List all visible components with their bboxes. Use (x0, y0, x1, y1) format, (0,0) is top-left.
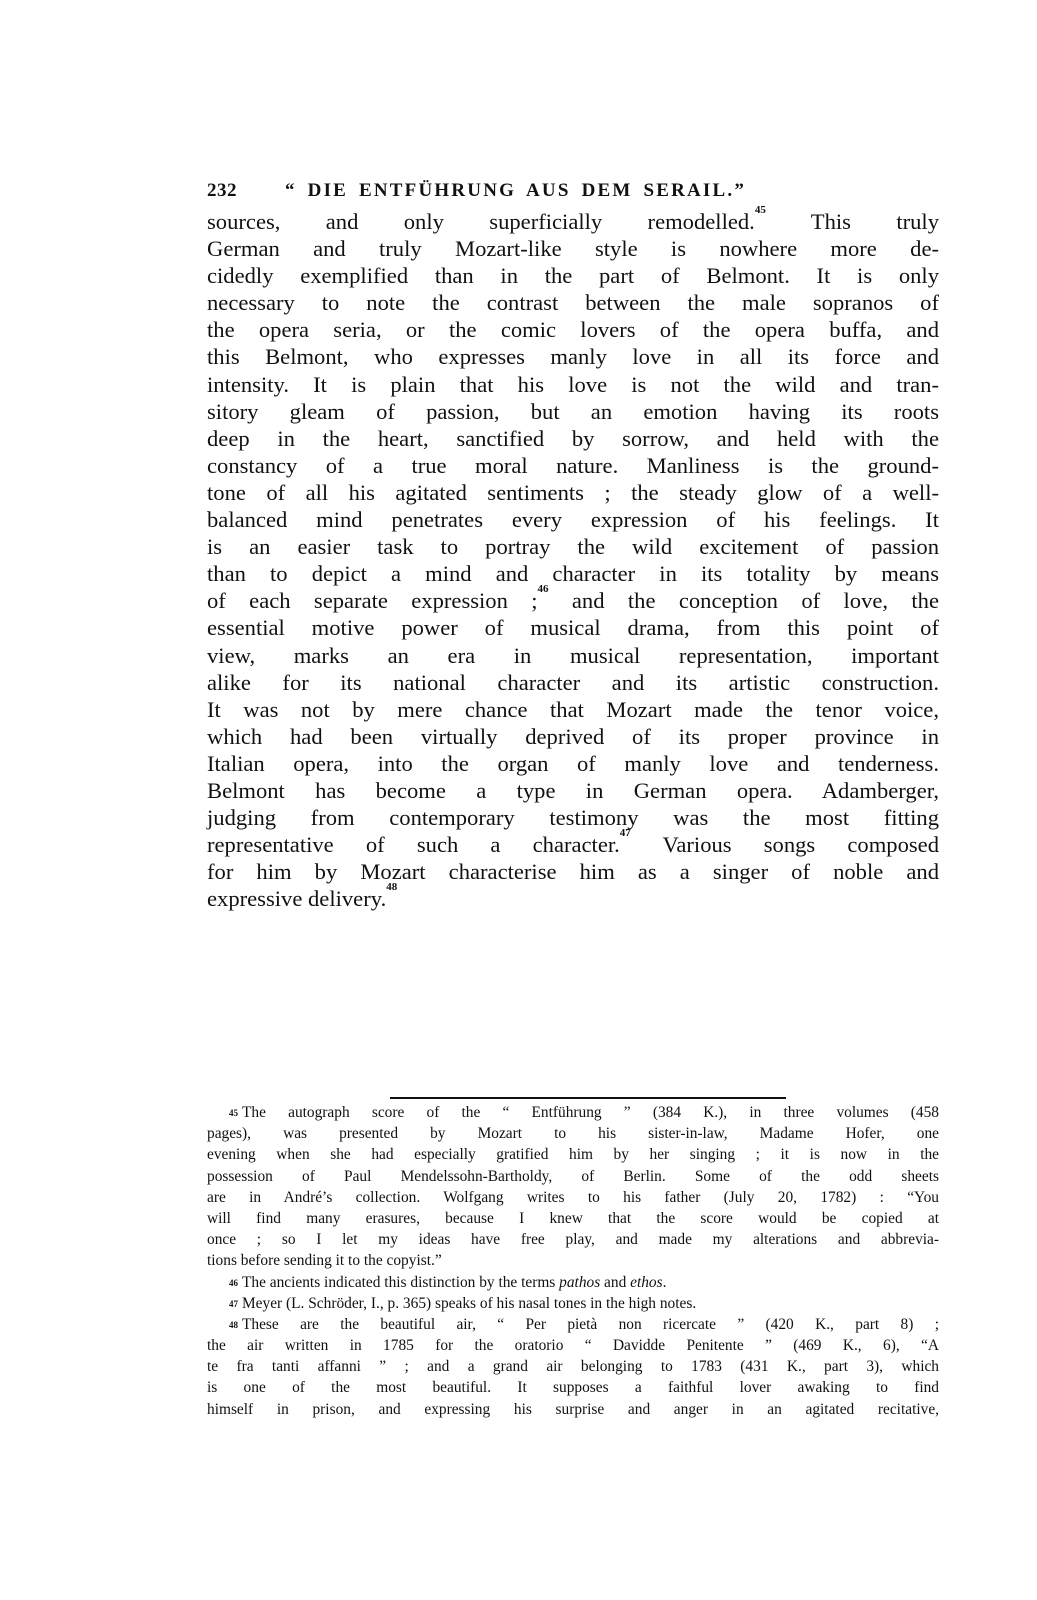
running-title: “ DIE ENTFÜHRUNG AUS DEM SERAIL.” (285, 180, 746, 202)
text-line: this Belmont, who expresses manly love i… (207, 343, 939, 370)
footnote-45: 45The autograph score of the “ Entführun… (207, 1102, 939, 1123)
footnote-line: are in André’s collection. Wolfgang writ… (207, 1187, 939, 1208)
page-number: 232 (207, 180, 237, 202)
footnote-line: tions before sending it to the copyist.” (207, 1250, 939, 1271)
footnote-line: evening when she had especially gratifie… (207, 1144, 939, 1165)
footnote-marker: 46 (229, 1278, 238, 1288)
text-line: representative of such a character.47 Va… (207, 831, 939, 858)
main-text: sources, and only superficially remodell… (207, 208, 939, 912)
text-line: is an easier task to portray the wild ex… (207, 533, 939, 560)
footnote-line: is one of the most beautiful. It suppose… (207, 1377, 939, 1398)
text-line: alike for its national character and its… (207, 669, 939, 696)
text-line: the opera seria, or the comic lovers of … (207, 316, 939, 343)
text-line: deep in the heart, sanctified by sorrow,… (207, 425, 939, 452)
footnote-line: himself in prison, and expressing his su… (207, 1399, 939, 1420)
text-line: view, marks an era in musical representa… (207, 642, 939, 669)
text-line: sources, and only superficially remodell… (207, 208, 939, 235)
footnote-ref-47[interactable]: 47 (620, 827, 631, 839)
running-head: 232 “ DIE ENTFÜHRUNG AUS DEM SERAIL.” (207, 180, 939, 210)
footnote-line: pages), was presented by Mozart to his s… (207, 1123, 939, 1144)
text-line: tone of all his agitated sentiments ; th… (207, 479, 939, 506)
footnote-line: te fra tanti affanni ” ; and a grand air… (207, 1356, 939, 1377)
text-line: Italian opera, into the organ of manly l… (207, 750, 939, 777)
text-line: essential motive power of musical drama,… (207, 614, 939, 641)
text-line: constancy of a true moral nature. Manlin… (207, 452, 939, 479)
footnote-marker: 47 (229, 1299, 238, 1309)
text-line: cidedly exemplified than in the part of … (207, 262, 939, 289)
footnote-47: 47Meyer (L. Schröder, I., p. 365) speaks… (207, 1293, 939, 1314)
text-line: for him by Mozart characterise him as a … (207, 858, 939, 885)
footnotes: 45The autograph score of the “ Entführun… (207, 1102, 939, 1420)
text-line: which had been virtually deprived of its… (207, 723, 939, 750)
text-line: expressive delivery.48 (207, 885, 939, 912)
footnote-ref-45[interactable]: 45 (755, 204, 766, 216)
text-line: than to depict a mind and character in i… (207, 560, 939, 587)
footnote-line: possession of Paul Mendelssohn-Bartholdy… (207, 1166, 939, 1187)
footnote-line: once ; so I let my ideas have free play,… (207, 1229, 939, 1250)
text-line: German and truly Mozart-like style is no… (207, 235, 939, 262)
text-line: intensity. It is plain that his love is … (207, 371, 939, 398)
text-line: judging from contemporary testimony was … (207, 804, 939, 831)
footnote-ref-46[interactable]: 46 (538, 583, 549, 595)
footnote-48: 48These are the beautiful air, “ Per pie… (207, 1314, 939, 1335)
footnote-marker: 45 (229, 1108, 238, 1118)
text-line: balanced mind penetrates every expressio… (207, 506, 939, 533)
text-line: Belmont has become a type in German oper… (207, 777, 939, 804)
footnote-ref-48[interactable]: 48 (386, 881, 397, 893)
footnote-46: 46The ancients indicated this distinctio… (207, 1272, 939, 1293)
text-line: It was not by mere chance that Mozart ma… (207, 696, 939, 723)
footnote-divider (390, 1097, 786, 1099)
footnote-line: the air written in 1785 for the oratorio… (207, 1335, 939, 1356)
text-line: necessary to note the contrast between t… (207, 289, 939, 316)
footnote-marker: 48 (229, 1320, 238, 1330)
text-line: of each separate expression ;46 and the … (207, 587, 939, 614)
text-line: sitory gleam of passion, but an emotion … (207, 398, 939, 425)
footnote-line: will find many erasures, because I knew … (207, 1208, 939, 1229)
